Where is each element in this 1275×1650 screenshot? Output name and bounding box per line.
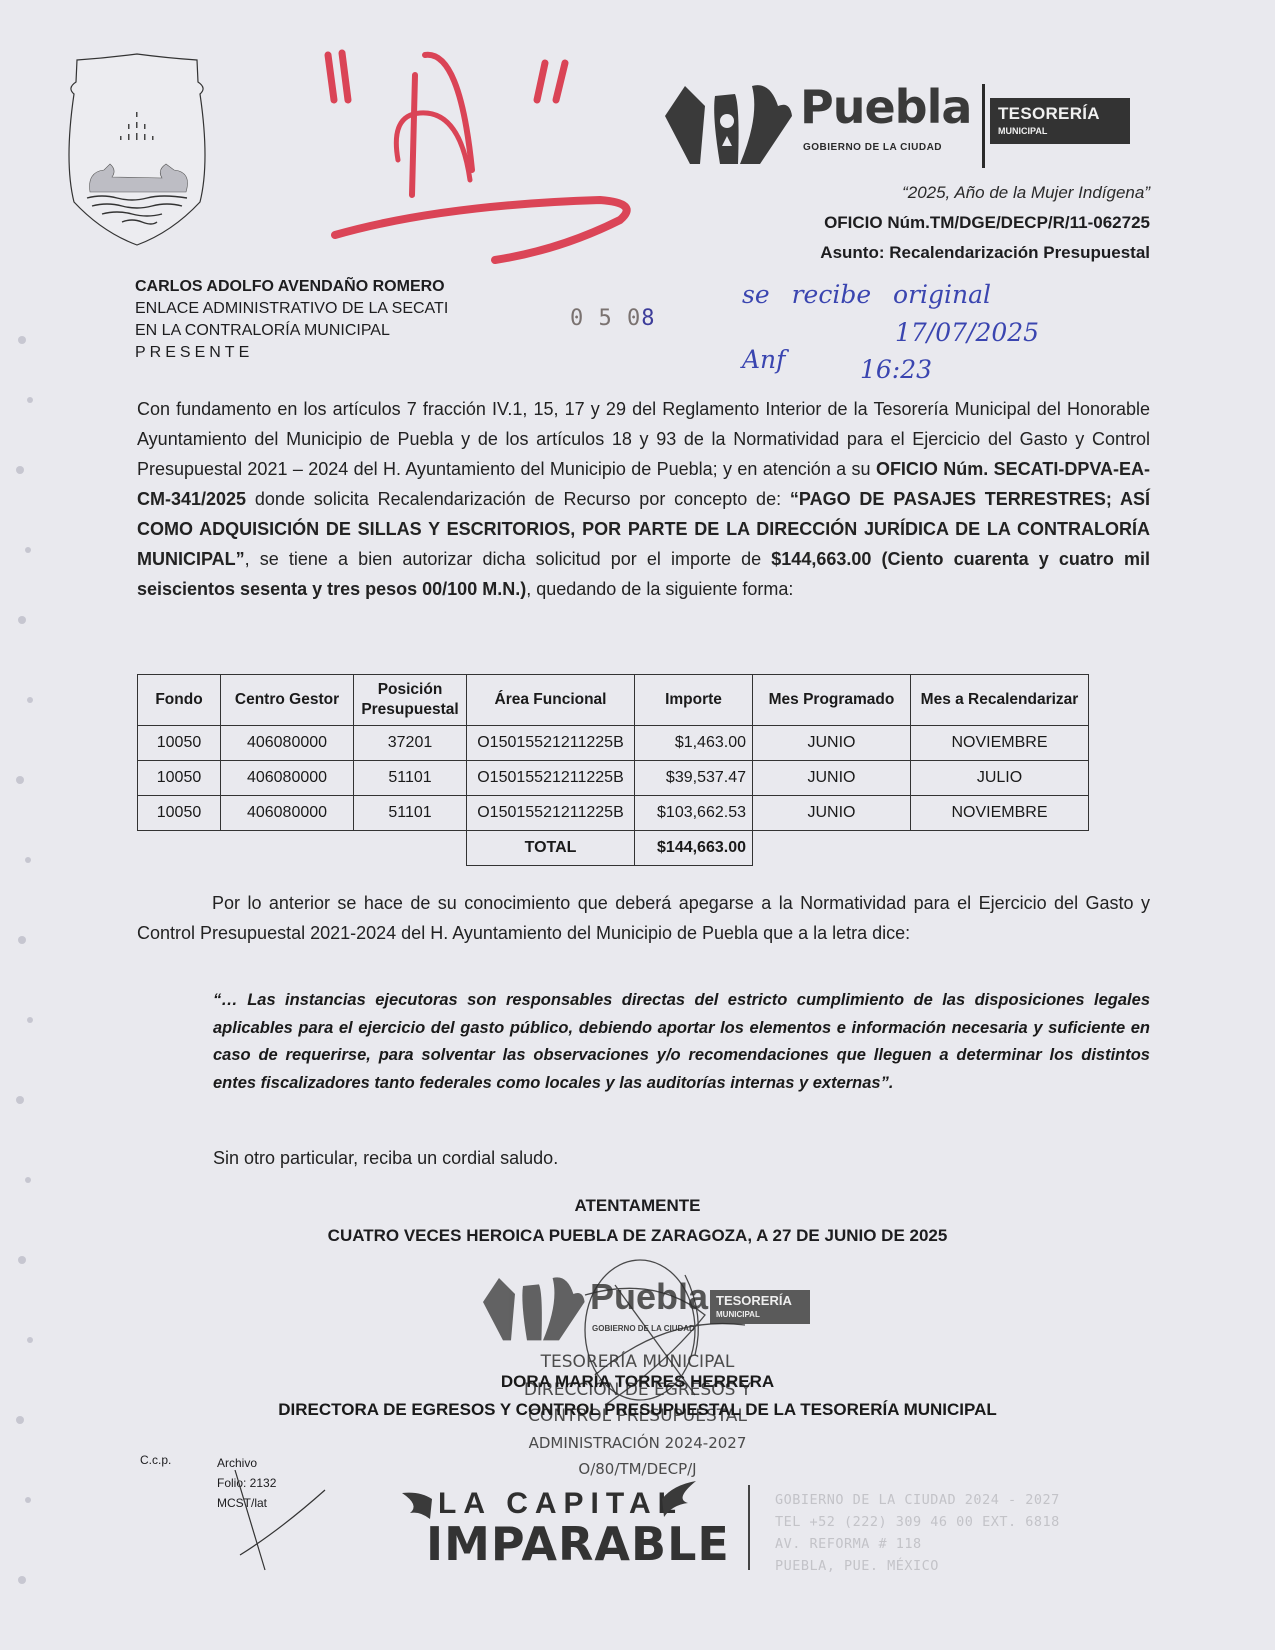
logo-subtitle: GOBIERNO DE LA CIUDAD: [803, 142, 942, 153]
cell-posicion: 51101: [354, 796, 467, 831]
table-row: 10050 406080000 51101 O15015521211225B $…: [138, 796, 1089, 831]
cell-mes-recalendarizar: NOVIEMBRE: [911, 796, 1089, 831]
slogan-bottom: IMPARABLE: [426, 1517, 730, 1571]
table-row: 10050 406080000 37201 O15015521211225B $…: [138, 726, 1089, 761]
logo-wordmark: Puebla: [800, 80, 971, 134]
footer-divider: [748, 1485, 750, 1570]
cell-importe: $1,463.00: [635, 726, 753, 761]
tesoreria-badge: TESORERÍA MUNICIPAL: [990, 98, 1130, 144]
closing-line: Sin otro particular, reciba un cordial s…: [213, 1148, 558, 1169]
stamp-number-last: 8: [641, 306, 655, 331]
table-total-row: TOTAL $144,663.00: [138, 831, 1089, 866]
authorization-paragraph: Con fundamento en los artículos 7 fracci…: [137, 394, 1150, 604]
cell-fondo: 10050: [138, 761, 221, 796]
cell-posicion: 37201: [354, 726, 467, 761]
col-mes-programado: Mes Programado: [753, 675, 911, 726]
cell-posicion: 51101: [354, 761, 467, 796]
table-row: 10050 406080000 51101 O15015521211225B $…: [138, 761, 1089, 796]
cell-centro-gestor: 406080000: [221, 761, 354, 796]
regulation-quote: “… Las instancias ejecutoras son respons…: [213, 987, 1150, 1097]
col-posicion-presupuestal: Posición Presupuestal: [354, 675, 467, 726]
initials-check-mark: [230, 1470, 350, 1580]
atentamente: ATENTAMENTE: [0, 1196, 1275, 1216]
cell-area-funcional: O15015521211225B: [467, 796, 635, 831]
col-mes-recalendarizar: Mes a Recalendarizar: [911, 675, 1089, 726]
cell-area-funcional: O15015521211225B: [467, 761, 635, 796]
ccp-label: C.c.p.: [140, 1453, 171, 1467]
handwritten-receipt-date: 17/07/2025: [895, 318, 1039, 347]
paragraph-text: , quedando de la siguiente forma:: [526, 579, 793, 599]
handwritten-receipt-time: 16:23: [860, 355, 932, 384]
stamp-number-main: 0 5 0: [570, 306, 641, 331]
slogan-top: LA CAPITAL: [438, 1487, 683, 1521]
cell-importe: $103,662.53: [635, 796, 753, 831]
seal-line-5: O/80/TM/DECP/J: [0, 1460, 1275, 1478]
col-importe: Importe: [635, 675, 753, 726]
paragraph-text: donde solicita Recalendarización de Recu…: [246, 489, 790, 509]
footer-address-line: GOBIERNO DE LA CIUDAD 2024 - 2027: [775, 1489, 1060, 1511]
handwritten-receipt-note: se recibe original: [742, 280, 991, 309]
cell-mes-programado: JUNIO: [753, 761, 911, 796]
cell-centro-gestor: 406080000: [221, 726, 354, 761]
seal-line-4: ADMINISTRACIÓN 2024-2027: [0, 1434, 1275, 1452]
tesoreria-badge-title: TESORERÍA: [998, 104, 1100, 124]
blank-cell: [753, 831, 1089, 866]
cell-mes-recalendarizar: NOVIEMBRE: [911, 726, 1089, 761]
right-wing-icon: [658, 1479, 698, 1519]
addressee-presente: PRESENTE: [135, 342, 448, 364]
blank-cell: [138, 831, 467, 866]
addressee-block: CARLOS ADOLFO AVENDAÑO ROMERO ENLACE ADM…: [135, 276, 448, 364]
col-fondo: Fondo: [138, 675, 221, 726]
budget-reallocation-table: Fondo Centro Gestor Posición Presupuesta…: [137, 674, 1089, 866]
paragraph-text: , se tiene a bien autorizar dicha solici…: [245, 549, 772, 569]
coat-of-arms-shield-icon: [62, 52, 212, 247]
red-pencil-a-mark: [320, 45, 640, 265]
place-and-date: CUATRO VECES HEROICA PUEBLA DE ZARAGOZA,…: [0, 1226, 1275, 1246]
cell-fondo: 10050: [138, 726, 221, 761]
puebla-tesoreria-logo: Puebla GOBIERNO DE LA CIUDAD TESORERÍA M…: [660, 70, 1120, 170]
addressee-name: CARLOS ADOLFO AVENDAÑO ROMERO: [135, 276, 448, 298]
cell-centro-gestor: 406080000: [221, 796, 354, 831]
addressee-position-line2: EN LA CONTRALORÍA MUNICIPAL: [135, 320, 448, 342]
cell-area-funcional: O15015521211225B: [467, 726, 635, 761]
handwritten-initials: Anf: [742, 345, 785, 374]
table-header-row: Fondo Centro Gestor Posición Presupuesta…: [138, 675, 1089, 726]
total-label: TOTAL: [467, 831, 635, 866]
footer-address-line: AV. REFORMA # 118: [775, 1533, 1060, 1555]
addressee-position-line1: ENLACE ADMINISTRATIVO DE LA SECATI: [135, 298, 448, 320]
puebla-logo-emblem-icon: [660, 76, 795, 166]
cell-importe: $39,537.47: [635, 761, 753, 796]
total-value: $144,663.00: [635, 831, 753, 866]
footer-address-line: PUEBLA, PUE. MÉXICO: [775, 1555, 1060, 1577]
cell-mes-recalendarizar: JULIO: [911, 761, 1089, 796]
received-stamp-number: 0 5 08: [570, 306, 655, 331]
col-centro-gestor: Centro Gestor: [221, 675, 354, 726]
logo-divider: [982, 84, 985, 168]
compliance-paragraph: Por lo anterior se hace de su conocimien…: [137, 888, 1150, 948]
footer-address-line: TEL +52 (222) 309 46 00 EXT. 6818: [775, 1511, 1060, 1533]
tesoreria-badge-subtitle: MUNICIPAL: [998, 126, 1047, 136]
cell-mes-programado: JUNIO: [753, 726, 911, 761]
cell-fondo: 10050: [138, 796, 221, 831]
handwritten-signature: [545, 1255, 765, 1415]
footer-address: GOBIERNO DE LA CIUDAD 2024 - 2027 TEL +5…: [775, 1489, 1060, 1577]
oficio-number: OFICIO Núm.TM/DGE/DECP/R/11-062725: [824, 213, 1150, 233]
la-capital-imparable-logo: LA CAPITAL IMPARABLE: [400, 1487, 720, 1577]
cell-mes-programado: JUNIO: [753, 796, 911, 831]
col-area-funcional: Área Funcional: [467, 675, 635, 726]
subject-line: Asunto: Recalendarización Presupuestal: [820, 243, 1150, 263]
year-motto: “2025, Año de la Mujer Indígena”: [902, 183, 1150, 203]
